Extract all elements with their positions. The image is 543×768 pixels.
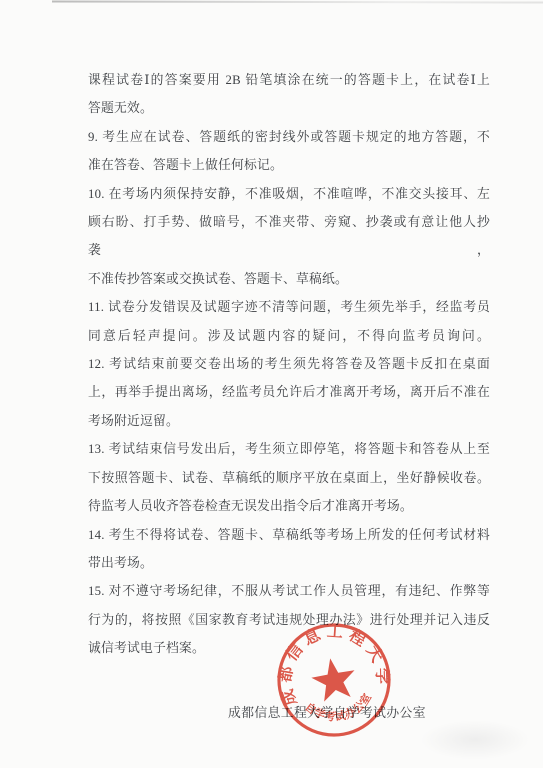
document-line: 14. 考生不得将试卷、答题卡、草稿纸等考场上所发的任何考试材料: [88, 521, 490, 549]
official-seal-stamp: 成都信息工程大学 自学考试办公室: [264, 610, 403, 749]
document-line: 准在答卷、答题卡上做任何标记。: [88, 151, 490, 179]
document-line: 答题无效。: [88, 94, 490, 122]
document-line: 顾右盼、打手势、做暗号，不准夹带、旁窥、抄袭或有意让他人抄袭，: [88, 208, 490, 265]
document-line: 待监考人员收齐答卷检查无误发出指令后才准离开考场。: [88, 492, 490, 520]
document-line: 考场附近逗留。: [88, 407, 490, 435]
document-line: 不准传抄答案或交换试卷、答题卡、草稿纸。: [88, 265, 490, 293]
document-line: 9. 考生应在试卷、答题纸的密封线外或答题卡规定的地方答题，不: [88, 123, 490, 151]
document-page: 课程试卷Ⅰ的答案要用 2B 铅笔填涂在统一的答题卡上，在试卷Ⅰ上 答题无效。 9…: [0, 0, 543, 768]
document-line: 11. 试卷分发错误及试题字迹不清等问题，考生须先举手，经监考员: [88, 293, 490, 321]
star-icon: [309, 655, 359, 704]
document-line: 15. 对不遵守考场纪律，不服从考试工作人员管理，有违纪、作弊等: [88, 577, 490, 605]
document-line: 上，再举手提出离场，经监考员允许后才准离开考场，离开后不准在: [88, 378, 490, 406]
scan-artifact-line: [52, 0, 543, 3]
document-line: 10. 在考场内须保持安静，不准吸烟，不准喧哗，不准交头接耳、左: [88, 180, 490, 208]
document-line: 12. 考试结束前要交卷出场的考生须先将答卷及答题卡反扣在桌面: [88, 350, 490, 378]
scan-smudge: [420, 720, 530, 760]
document-line: 带出考场。: [88, 549, 490, 577]
document-line: 13. 考试结束信号发出后，考生须立即停笔，将答题卡和答卷从上至: [88, 435, 490, 463]
document-line: 课程试卷Ⅰ的答案要用 2B 铅笔填涂在统一的答题卡上，在试卷Ⅰ上: [88, 66, 490, 94]
document-line: 同意后轻声提问。涉及试题内容的疑问，不得向监考员询问。: [88, 322, 490, 350]
document-line: 下按照答题卡、试卷、草稿纸的顺序平放在桌面上，坐好静候收卷。: [88, 464, 490, 492]
